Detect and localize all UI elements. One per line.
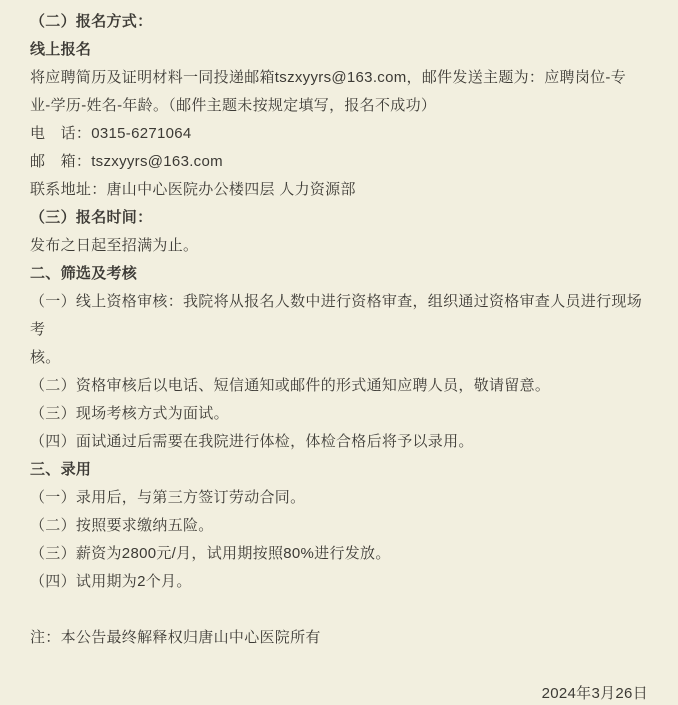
paragraph: （四）面试通过后需要在我院进行体检，体检合格后将予以录用。 [30, 428, 648, 456]
paragraph: 发布之日起至招满为止。 [30, 232, 648, 260]
paragraph: （一）线上资格审核：我院将从报名人数中进行资格审查，组织通过资格审查人员进行现场… [30, 288, 648, 372]
recruitment-notice-document: （二）报名方式：线上报名将应聘简历及证明材料一同投递邮箱tszxyyrs@163… [0, 0, 678, 705]
paragraph: （一）录用后，与第三方签订劳动合同。 [30, 484, 648, 512]
paragraph: 电 话：0315-6271064 [30, 120, 648, 148]
paragraph: 邮 箱：tszxyyrs@163.com [30, 148, 648, 176]
paragraph: 联系地址：唐山中心医院办公楼四层 人力资源部 [30, 176, 648, 204]
section-heading: （二）报名方式： [30, 8, 648, 36]
document-body: （二）报名方式：线上报名将应聘简历及证明材料一同投递邮箱tszxyyrs@163… [30, 8, 648, 705]
paragraph: （三）薪资为2800元/月，试用期按照80%进行发放。 [30, 540, 648, 568]
spacer [30, 596, 648, 624]
date-line: 2024年3月26日 [30, 680, 648, 705]
paragraph: （三）现场考核方式为面试。 [30, 400, 648, 428]
section-heading: 三、录用 [30, 456, 648, 484]
section-heading: 线上报名 [30, 36, 648, 64]
paragraph: （二）按照要求缴纳五险。 [30, 512, 648, 540]
spacer [30, 652, 648, 680]
paragraph: （四）试用期为2个月。 [30, 568, 648, 596]
section-heading: 二、筛选及考核 [30, 260, 648, 288]
note-paragraph: 注：本公告最终解释权归唐山中心医院所有 [30, 624, 648, 652]
paragraph: （二）资格审核后以电话、短信通知或邮件的形式通知应聘人员，敬请留意。 [30, 372, 648, 400]
section-heading: （三）报名时间： [30, 204, 648, 232]
paragraph: 将应聘简历及证明材料一同投递邮箱tszxyyrs@163.com，邮件发送主题为… [30, 64, 648, 120]
